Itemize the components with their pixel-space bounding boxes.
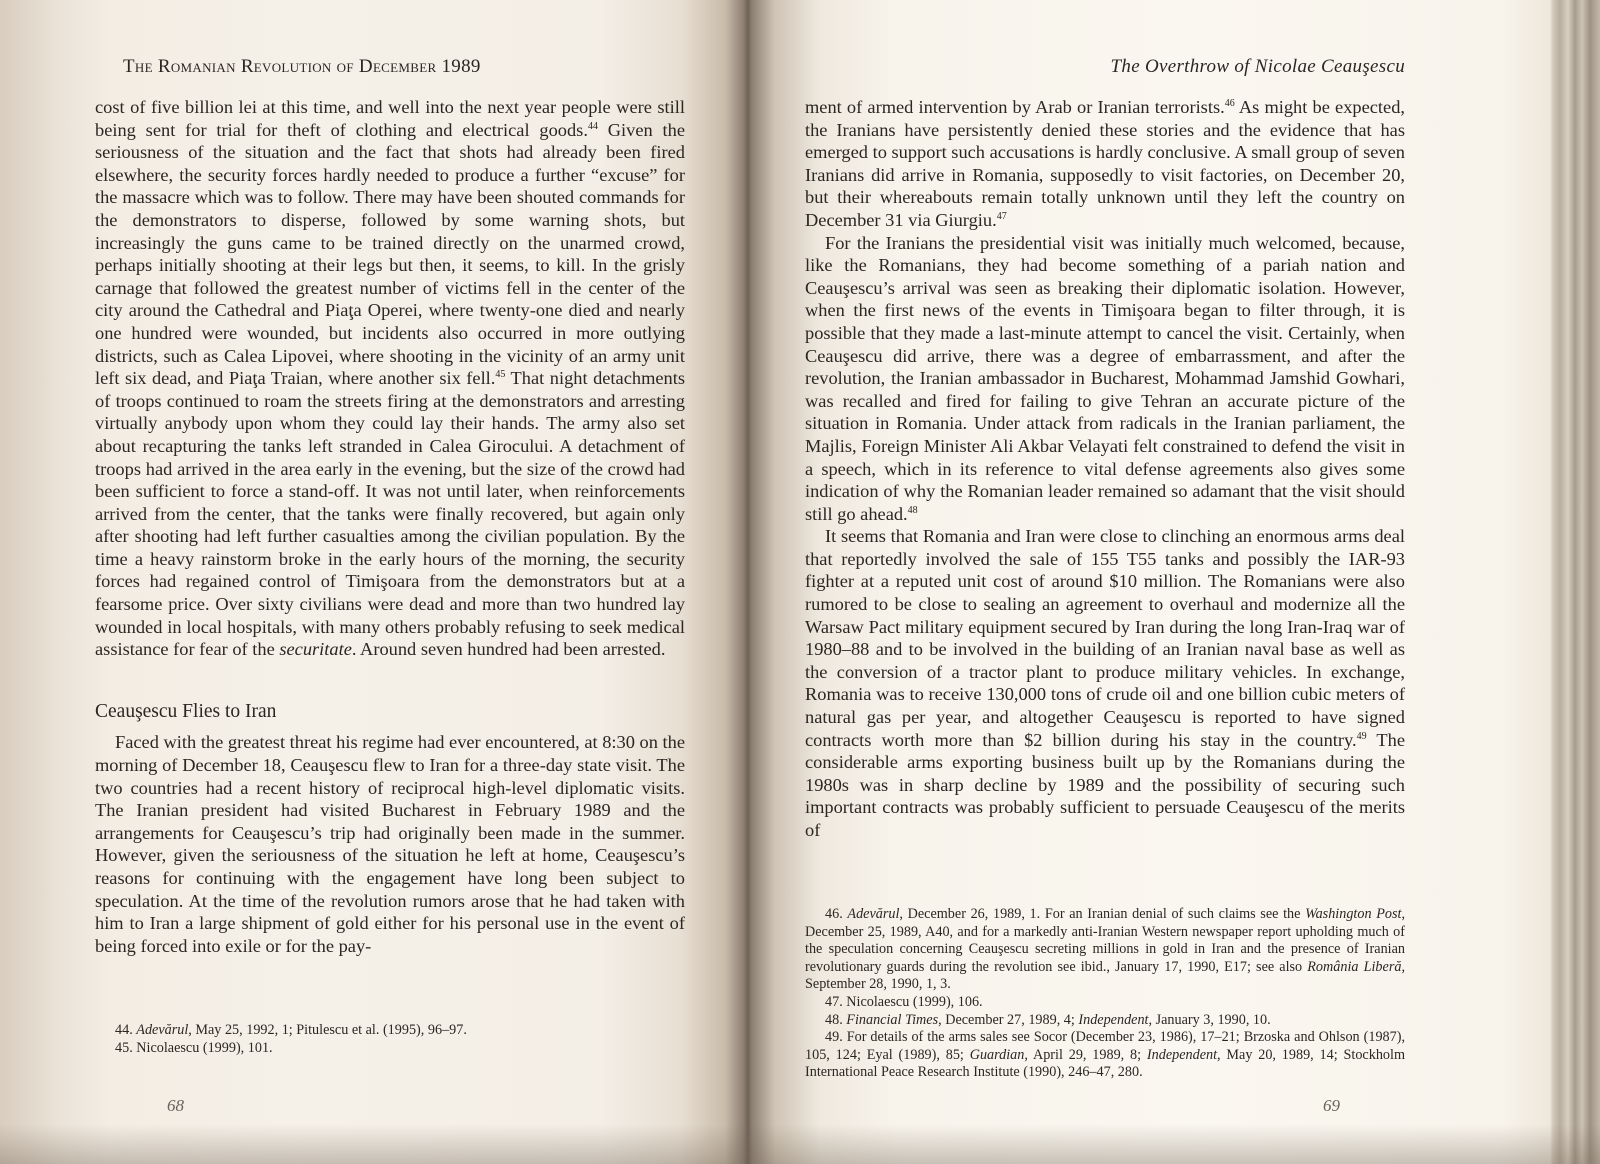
footnote-44: 44. Adevărul, May 25, 1992, 1; Pitulescu… bbox=[95, 1022, 685, 1040]
footnote-number: 44. bbox=[115, 1022, 133, 1038]
footnote-number: 49. bbox=[825, 1029, 843, 1045]
footnote-italic: Independent bbox=[1147, 1047, 1217, 1063]
text-run: cost of five billion lei at this time, a… bbox=[95, 97, 685, 140]
footnotes-left: 44. Adevărul, May 25, 1992, 1; Pitulescu… bbox=[95, 1022, 685, 1057]
paragraph: ment of armed intervention by Arab or Ir… bbox=[805, 96, 1405, 232]
footnote-text: Nicolaescu (1999), 101. bbox=[136, 1040, 272, 1056]
book-spread: The Romanian Revolution of December 1989… bbox=[0, 0, 1600, 1164]
text-run: It seems that Romania and Iran were clos… bbox=[805, 526, 1405, 749]
right-page: The Overthrow of Nicolae Ceauşescu ment … bbox=[805, 0, 1405, 1164]
footnote-italic: Washington Post bbox=[1305, 906, 1401, 922]
page-number-right: 69 bbox=[1323, 1096, 1340, 1116]
footnote-italic: Independent bbox=[1078, 1012, 1148, 1028]
footnote-italic: România Liberă bbox=[1307, 959, 1401, 975]
footnote-text: , April 29, 1989, 8; bbox=[1024, 1047, 1147, 1063]
left-page-body: cost of five billion lei at this time, a… bbox=[95, 96, 685, 957]
page-number-left: 68 bbox=[167, 1096, 184, 1116]
footnote-text: , December 26, 1989, 1. For an Iranian d… bbox=[899, 906, 1305, 922]
footnote-number: 48. bbox=[825, 1012, 843, 1028]
italic-term: securitate bbox=[279, 639, 352, 659]
text-run: Given the seriousness of the situation a… bbox=[95, 120, 685, 389]
footnote-italic: Financial Times bbox=[846, 1012, 938, 1028]
footnote-ref[interactable]: 49 bbox=[1357, 731, 1367, 742]
text-run: ment of armed intervention by Arab or Ir… bbox=[805, 97, 1225, 117]
right-page-body: ment of armed intervention by Arab or Ir… bbox=[805, 96, 1405, 842]
section-heading: Ceauşescu Flies to Iran bbox=[95, 701, 685, 724]
text-run: . Around seven hundred had been arrested… bbox=[352, 639, 666, 659]
footnotes-right: 46. Adevărul, December 26, 1989, 1. For … bbox=[805, 906, 1405, 1082]
paragraph: Faced with the greatest threat his regim… bbox=[95, 731, 685, 957]
text-run: That night detachments of troops continu… bbox=[95, 368, 685, 659]
text-run: For the Iranians the presidential visit … bbox=[805, 233, 1405, 524]
footnote-46: 46. Adevărul, December 26, 1989, 1. For … bbox=[805, 906, 1405, 994]
paragraph: It seems that Romania and Iran were clos… bbox=[805, 525, 1405, 841]
running-head-right: The Overthrow of Nicolae Ceauşescu bbox=[1111, 56, 1405, 78]
footnote-48: 48. Financial Times, December 27, 1989, … bbox=[805, 1012, 1405, 1030]
footnote-number: 45. bbox=[115, 1040, 133, 1056]
footnote-47: 47. Nicolaescu (1999), 106. bbox=[805, 994, 1405, 1012]
footnote-ref[interactable]: 44 bbox=[588, 121, 598, 132]
running-head-left: The Romanian Revolution of December 1989 bbox=[123, 56, 481, 78]
footnote-italic: Guardian bbox=[970, 1047, 1025, 1063]
footnote-ref[interactable]: 45 bbox=[495, 369, 505, 380]
footnote-text: , January 3, 1990, 10. bbox=[1149, 1012, 1271, 1028]
paragraph: For the Iranians the presidential visit … bbox=[805, 232, 1405, 526]
footnote-text: , May 25, 1992, 1; Pitulescu et al. (199… bbox=[188, 1022, 467, 1038]
paragraph: cost of five billion lei at this time, a… bbox=[95, 96, 685, 661]
footnote-italic: Adevărul bbox=[847, 906, 899, 922]
footnote-text: Nicolaescu (1999), 106. bbox=[846, 994, 982, 1010]
footnote-49: 49. For details of the arms sales see So… bbox=[805, 1029, 1405, 1082]
footnote-ref[interactable]: 46 bbox=[1225, 98, 1235, 109]
footnote-text: , December 27, 1989, 4; bbox=[938, 1012, 1078, 1028]
footnote-45: 45. Nicolaescu (1999), 101. bbox=[95, 1040, 685, 1058]
footnote-number: 46. bbox=[825, 906, 843, 922]
footnote-number: 47. bbox=[825, 994, 843, 1010]
footnote-ref[interactable]: 48 bbox=[908, 505, 918, 516]
footnote-italic: Adevărul bbox=[136, 1022, 188, 1038]
footnote-ref[interactable]: 47 bbox=[997, 211, 1007, 222]
left-page: The Romanian Revolution of December 1989… bbox=[95, 0, 685, 1164]
